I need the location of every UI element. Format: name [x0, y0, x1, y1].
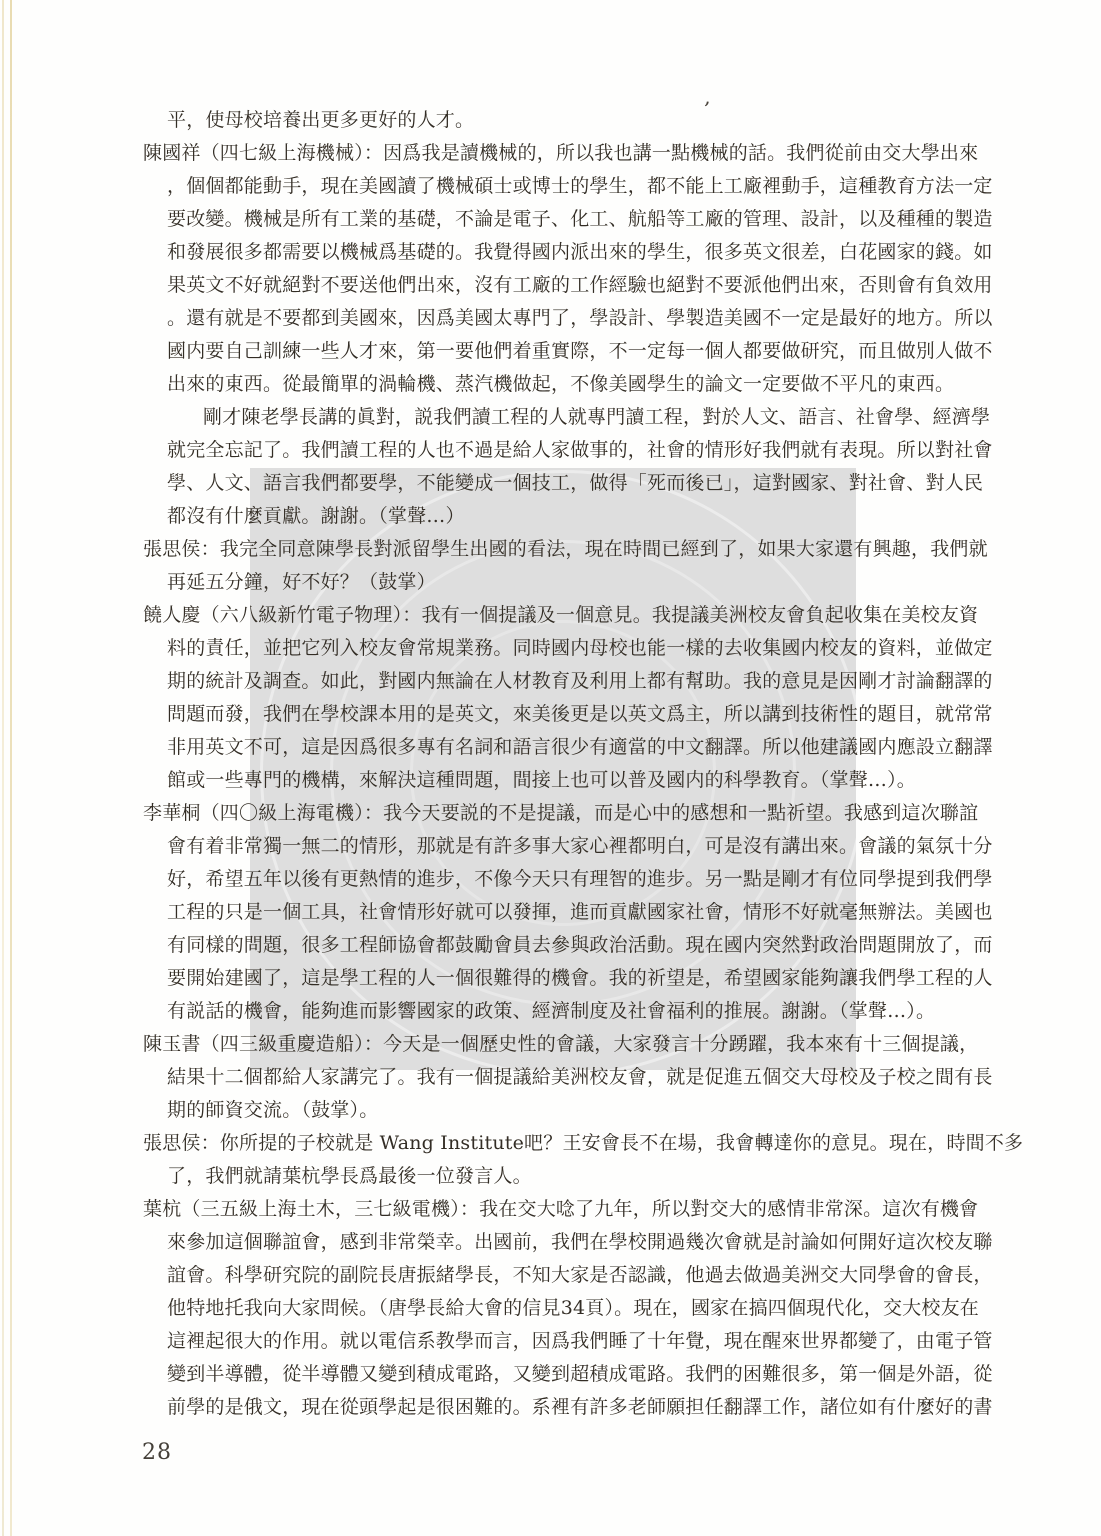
book-edge-line-outer: [2, 0, 4, 1536]
text-line: 來參加這個聯誼會，感到非常榮幸。出國前，我們在學校開過幾次會就是討論如何開好這次…: [143, 1226, 1028, 1259]
document-text: 平，使母校培養出更多更好的人才。陳國祥（四七級上海機械）：因爲我是讀機械的，所以…: [143, 104, 1028, 1424]
text-line: 平，使母校培養出更多更好的人才。: [143, 104, 1028, 137]
text-line: 問題而發，我們在學校課本用的是英文，來美後更是以英文爲主，所以講到技術性的題目，…: [143, 698, 1028, 731]
text-line: 就完全忘記了。我們讀工程的人也不過是給人家做事的，社會的情形好我們就有表現。所以…: [143, 434, 1028, 467]
text-line: 館或一些專門的機構，來解決這種問題，間接上也可以普及國内的科學教育。（掌聲…）。: [143, 764, 1028, 797]
text-line: 要改變。機械是所有工業的基礎，不論是電子、化工、航船等工廠的管理、設計，以及種種…: [143, 203, 1028, 236]
text-line: 再延五分鐘，好不好？（鼓掌）: [143, 566, 1028, 599]
text-line: 饒人慶（六八級新竹電子物理）：我有一個提議及一個意見。我提議美洲校友會負起收集在…: [143, 599, 1028, 632]
text-line: 前學的是俄文，現在從頭學起是很困難的。系裡有許多老師願担任翻譯工作，諸位如有什麼…: [143, 1391, 1028, 1424]
text-line: 結果十二個都給人家講完了。我有一個提議給美洲校友會，就是促進五個交大母校及子校之…: [143, 1061, 1028, 1094]
text-line: 要開始建國了，這是學工程的人一個很難得的機會。我的祈望是，希望國家能夠讓我們學工…: [143, 962, 1028, 995]
text-line: 葉杭（三五級上海土木，三七級電機）：我在交大唸了九年，所以對交大的感情非常深。這…: [143, 1193, 1028, 1226]
text-line: 期的統計及調查。如此，對國内無論在人材教育及利用上都有幫助。我的意見是因剛才討論…: [143, 665, 1028, 698]
page-number: 28: [142, 1440, 172, 1465]
text-line: 國内要自己訓練一些人才來，第一要他們着重實際，不一定每一個人都要做研究，而且做別…: [143, 335, 1028, 368]
text-line: 李華桐（四〇級上海電機）：我今天要説的不是提議，而是心中的感想和一點祈望。我感到…: [143, 797, 1028, 830]
text-line: 期的師資交流。（鼓掌）。: [143, 1094, 1028, 1127]
text-line: 張思侯：你所提的子校就是 Wang Institute吧？王安會長不在場，我會轉…: [143, 1127, 1028, 1160]
text-line: 陳玉書（四三級重慶造船）：今天是一個歷史性的會議，大家發言十分踴躍，我本來有十三…: [143, 1028, 1028, 1061]
text-line: 陳國祥（四七級上海機械）：因爲我是讀機械的，所以我也講一點機械的話。我們從前由交…: [143, 137, 1028, 170]
text-line: 他特地托我向大家問候。（唐學長給大會的信見34頁）。現在，國家在搞四個現代化，交…: [143, 1292, 1028, 1325]
text-line: 這裡起很大的作用。就以電信系教學而言，因爲我們睡了十年覺，現在醒來世界都變了，由…: [143, 1325, 1028, 1358]
text-line: 剛才陳老學長講的眞對，説我們讀工程的人就專門讀工程，對於人文、語言、社會學、經濟…: [143, 401, 1028, 434]
text-line: ，個個都能動手，現在美國讀了機械碩士或博士的學生，都不能上工廠裡動手，這種教育方…: [143, 170, 1028, 203]
book-edge-line-inner: [10, 0, 12, 1536]
text-line: 學、人文、語言我們都要學，不能變成一個技工，做得「死而後已」，這對國家、對社會、…: [143, 467, 1028, 500]
text-line: 誼會。科學研究院的副院長唐振緒學長，不知大家是否認識，他過去做過美洲交大同學會的…: [143, 1259, 1028, 1292]
text-line: 。還有就是不要都到美國來，因爲美國太專門了，學設計、學製造美國不一定是最好的地方…: [143, 302, 1028, 335]
text-line: 變到半導體，從半導體又變到積成電路，又變到超積成電路。我們的困難很多，第一個是外…: [143, 1358, 1028, 1391]
text-line: 非用英文不可，這是因爲很多專有名詞和語言很少有適當的中文翻譯。所以他建議國内應設…: [143, 731, 1028, 764]
scanned-document-page: ’ 平，使母校培養出更多更好的人才。陳國祥（四七級上海機械）：因爲我是讀機械的，…: [0, 0, 1101, 1536]
text-line: 有説話的機會，能夠進而影響國家的政策、經濟制度及社會福利的推展。謝謝。（掌聲…）…: [143, 995, 1028, 1028]
text-line: 出來的東西。從最簡單的渦輪機、蒸汽機做起，不像美國學生的論文一定要做不平凡的東西…: [143, 368, 1028, 401]
text-line: 張思侯：我完全同意陳學長對派留學生出國的看法，現在時間已經到了，如果大家還有興趣…: [143, 533, 1028, 566]
text-line: 了，我們就請葉杭學長爲最後一位發言人。: [143, 1160, 1028, 1193]
text-line: 工程的只是一個工具，社會情形好就可以發揮，進而貢獻國家社會，情形不好就毫無辦法。…: [143, 896, 1028, 929]
text-line: 好，希望五年以後有更熱情的進步，不像今天只有理智的進步。另一點是剛才有位同學提到…: [143, 863, 1028, 896]
text-line: 和發展很多都需要以機械爲基礎的。我覺得國内派出來的學生，很多英文很差，白花國家的…: [143, 236, 1028, 269]
text-line: 會有着非常獨一無二的情形，那就是有許多事大家心裡都明白，可是沒有講出來。會議的氣…: [143, 830, 1028, 863]
text-line: 有同樣的問題，很多工程師協會都鼓勵會員去參與政治活動。現在國内突然對政治問題開放…: [143, 929, 1028, 962]
text-line: 都沒有什麼貢獻。謝謝。（掌聲…）: [143, 500, 1028, 533]
text-line: 料的責任，並把它列入校友會常規業務。同時國内母校也能一樣的去收集國内校友的資料，…: [143, 632, 1028, 665]
text-line: 果英文不好就絕對不要送他們出來，沒有工廠的工作經驗也絕對不要派他們出來，否則會有…: [143, 269, 1028, 302]
